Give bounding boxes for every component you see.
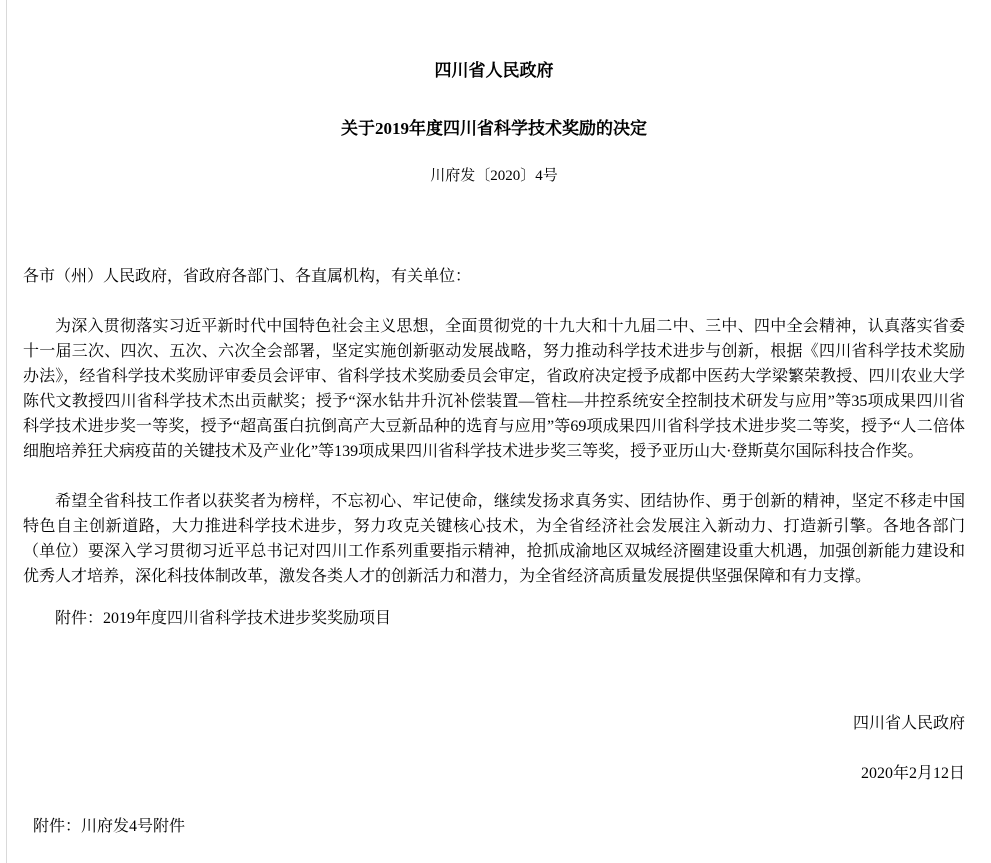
body-paragraph-1: 为深入贯彻落实习近平新时代中国特色社会主义思想，全面贯彻党的十九大和十九届二中、…	[23, 314, 965, 464]
document-body: 四川省人民政府 关于2019年度四川省科学技术奖励的决定 川府发〔2020〕4号…	[7, 0, 991, 863]
issuer-signature: 四川省人民政府	[23, 711, 965, 736]
document-number: 川府发〔2020〕4号	[23, 164, 965, 189]
attachment-note: 附件：2019年度四川省科学技术进步奖奖励项目	[23, 606, 965, 631]
footer-attachment-link[interactable]: 附件：川府发4号附件	[23, 814, 965, 839]
document-issuer-title: 四川省人民政府	[23, 58, 965, 83]
salutation-line: 各市（州）人民政府，省政府各部门、各直属机构，有关单位：	[23, 264, 965, 289]
document-page: { "colors": { "text": "#000000", "backgr…	[0, 0, 991, 863]
document-subject-title: 关于2019年度四川省科学技术奖励的决定	[23, 116, 965, 141]
body-paragraph-2: 希望全省科技工作者以获奖者为榜样，不忘初心、牢记使命，继续发扬求真务实、团结协作…	[23, 489, 965, 589]
issue-date: 2020年2月12日	[23, 761, 965, 786]
